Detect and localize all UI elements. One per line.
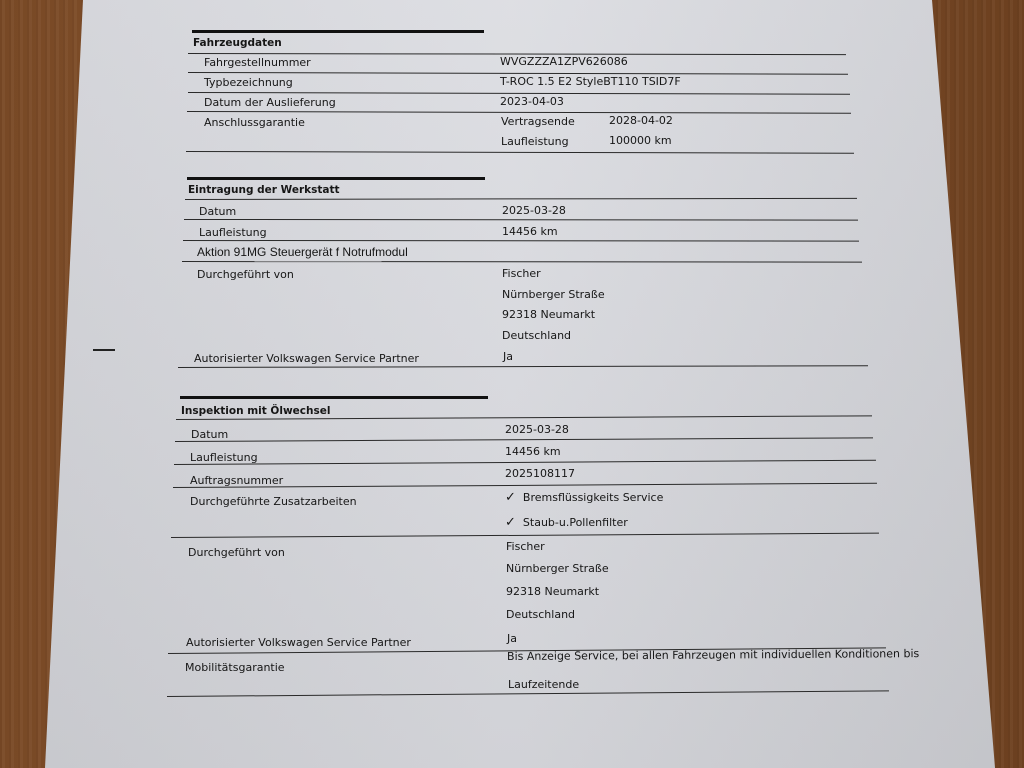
value-inspektion-werkstatt-land: Deutschland [506,608,575,621]
value-datum-auslieferung: 2023-04-03 [500,95,564,108]
check-item-bremsfluessigkeit: ✓Bremsflüssigkeits Service [505,490,663,505]
value-mobilitaetsgarantie-line1: Bis Anzeige Service, bei allen Fahrzeuge… [507,647,919,663]
row-rule [184,219,858,221]
section-divider [192,30,484,33]
row-rule [186,151,854,154]
checkmark-icon: ✓ [505,515,516,530]
value-fahrgestellnummer: WVGZZZA1ZPV626086 [500,55,628,68]
label-laufleistung: Laufleistung [199,226,267,239]
service-record-document: Fahrzeugdaten Fahrgestellnummer WVGZZZA1… [0,0,1024,768]
value-werkstatt-strasse: Nürnberger Straße [502,288,605,301]
value-inspektion-werkstatt-ort: 92318 Neumarkt [506,585,599,598]
value-mobilitaetsgarantie-line2: Laufzeitende [508,678,579,691]
label-inspektion-datum: Datum [191,428,228,441]
label-aktion: Aktion 91MG Steuergerät f Notrufmodul [197,245,408,259]
row-rule [167,690,889,697]
label-typbezeichnung: Typbezeichnung [204,76,293,89]
check-item-pollenfilter: ✓Staub-u.Pollenfilter [505,515,628,530]
label-inspektion-autorisierter-partner: Autorisierter Volkswagen Service Partner [186,636,411,649]
label-fahrgestellnummer: Fahrgestellnummer [204,56,311,69]
row-rule [171,533,879,538]
section-divider [187,177,485,180]
section-title-fahrzeugdaten: Fahrzeugdaten [193,37,282,49]
label-datum-auslieferung: Datum der Auslieferung [204,96,336,109]
value-typbezeichnung: T-ROC 1.5 E2 StyleBT110 TSID7F [500,75,681,88]
label-autorisierter-partner: Autorisierter Volkswagen Service Partner [194,352,419,365]
check-item-label: Bremsflüssigkeits Service [523,491,663,504]
value-inspektion-werkstatt-name: Fischer [506,540,545,553]
row-rule [183,240,859,242]
label-zusatzarbeiten: Durchgeführte Zusatzarbeiten [190,495,357,508]
value-vertragsende: 2028-04-02 [609,114,673,127]
value-werkstatt-ort: 92318 Neumarkt [502,308,595,321]
section-title-inspektion: Inspektion mit Ölwechsel [181,405,330,417]
key-laufleistung-garantie: Laufleistung [501,135,569,148]
value-inspektion-datum: 2025-03-28 [505,423,569,436]
value-autorisierter-partner: Ja [503,350,513,363]
value-inspektion-werkstatt-strasse: Nürnberger Straße [506,562,609,575]
row-rule [182,261,862,263]
checkmark-icon: ✓ [505,490,516,505]
value-datum: 2025-03-28 [502,204,566,217]
value-inspektion-laufleistung: 14456 km [505,445,561,458]
row-rule [187,111,851,114]
label-datum: Datum [199,205,236,218]
value-inspektion-autorisierter-partner: Ja [507,632,517,645]
label-auftragsnummer: Auftragsnummer [190,474,283,487]
section-divider [180,396,488,399]
value-laufleistung: 14456 km [502,225,558,238]
section-title-eintragung-werkstatt: Eintragung der Werkstatt [188,184,340,196]
row-rule [174,460,876,465]
label-inspektion-laufleistung: Laufleistung [190,451,258,464]
value-werkstatt-name: Fischer [502,267,541,280]
label-anschlussgarantie: Anschlussgarantie [204,116,305,129]
value-auftragsnummer: 2025108117 [505,467,575,480]
label-mobilitaetsgarantie: Mobilitätsgarantie [185,661,285,674]
row-rule [185,198,857,200]
label-inspektion-durchgefuehrt-von: Durchgeführt von [188,546,285,559]
label-durchgefuehrt-von: Durchgeführt von [197,268,294,281]
row-rule [178,365,868,368]
check-item-label: Staub-u.Pollenfilter [523,516,628,529]
value-laufleistung-garantie: 100000 km [609,134,672,147]
row-rule [175,437,873,442]
margin-mark [93,349,115,351]
value-werkstatt-land: Deutschland [502,329,571,342]
key-vertragsende: Vertragsende [501,115,575,128]
